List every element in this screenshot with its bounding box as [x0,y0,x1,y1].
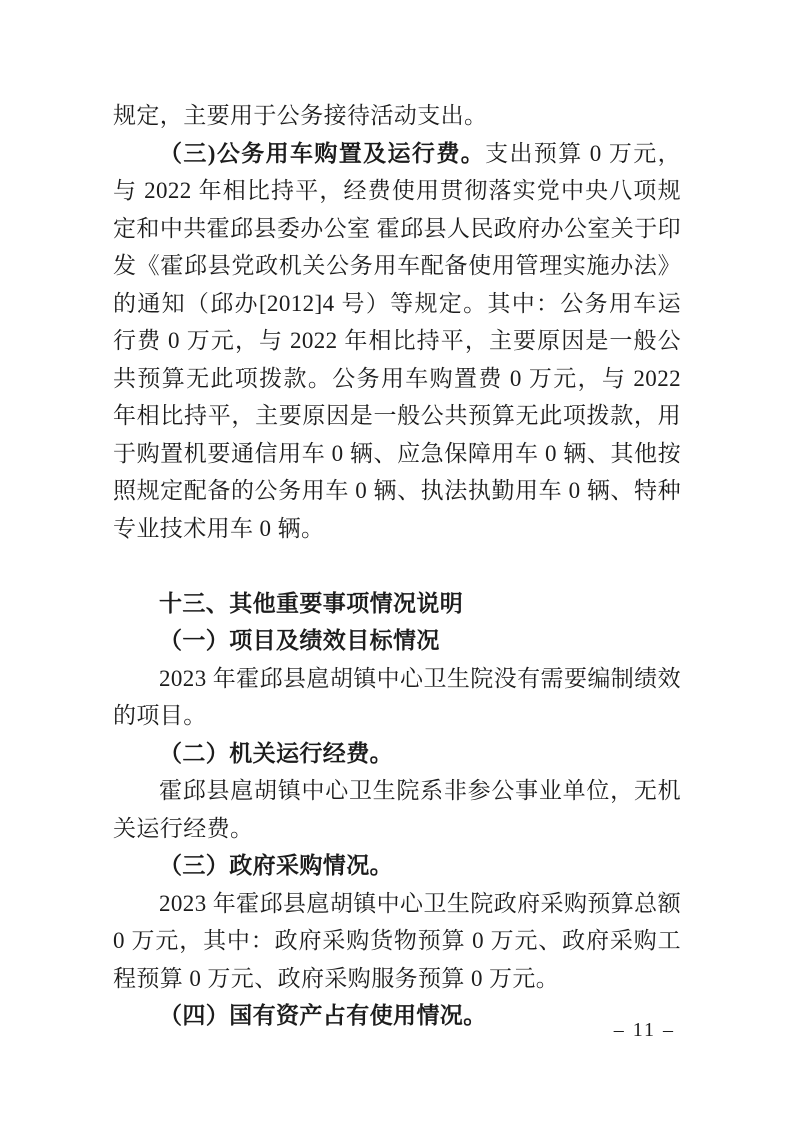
paragraph-vehicle-expense-text: 支出预算 0 万元，与 2022 年相比持平，经费使用贯彻落实党中央八项规定和中… [113,141,681,541]
document-body: 规定，主要用于公务接待活动支出。 （三)公务用车购置及运行费。支出预算 0 万元… [113,97,681,1035]
page-number: – 11 – [614,1016,675,1044]
section-heading-13: 十三、其他重要事项情况说明 [113,585,681,623]
subsection-heading-4: （四）国有资产占有使用情况。 [113,997,681,1035]
inline-heading-vehicle-expense: （三)公务用车购置及运行费。 [159,141,485,166]
subsection-heading-3: （三）政府采购情况。 [113,847,681,885]
paragraph-vehicle-expense: （三)公务用车购置及运行费。支出预算 0 万元，与 2022 年相比持平，经费使… [113,135,681,548]
paragraph-operating-funds: 霍邱县扈胡镇中心卫生院系非参公事业单位，无机关运行经费。 [113,772,681,847]
document-page: 规定，主要用于公务接待活动支出。 （三)公务用车购置及运行费。支出预算 0 万元… [0,0,793,1122]
subsection-heading-2: （二）机关运行经费。 [113,735,681,773]
subsection-heading-1: （一）项目及绩效目标情况 [113,622,681,660]
paragraph-performance-targets: 2023 年霍邱县扈胡镇中心卫生院没有需要编制绩效的项目。 [113,660,681,735]
paragraph-procurement: 2023 年霍邱县扈胡镇中心卫生院政府采购预算总额 0 万元，其中：政府采购货物… [113,885,681,998]
paragraph-continuation: 规定，主要用于公务接待活动支出。 [113,97,681,135]
